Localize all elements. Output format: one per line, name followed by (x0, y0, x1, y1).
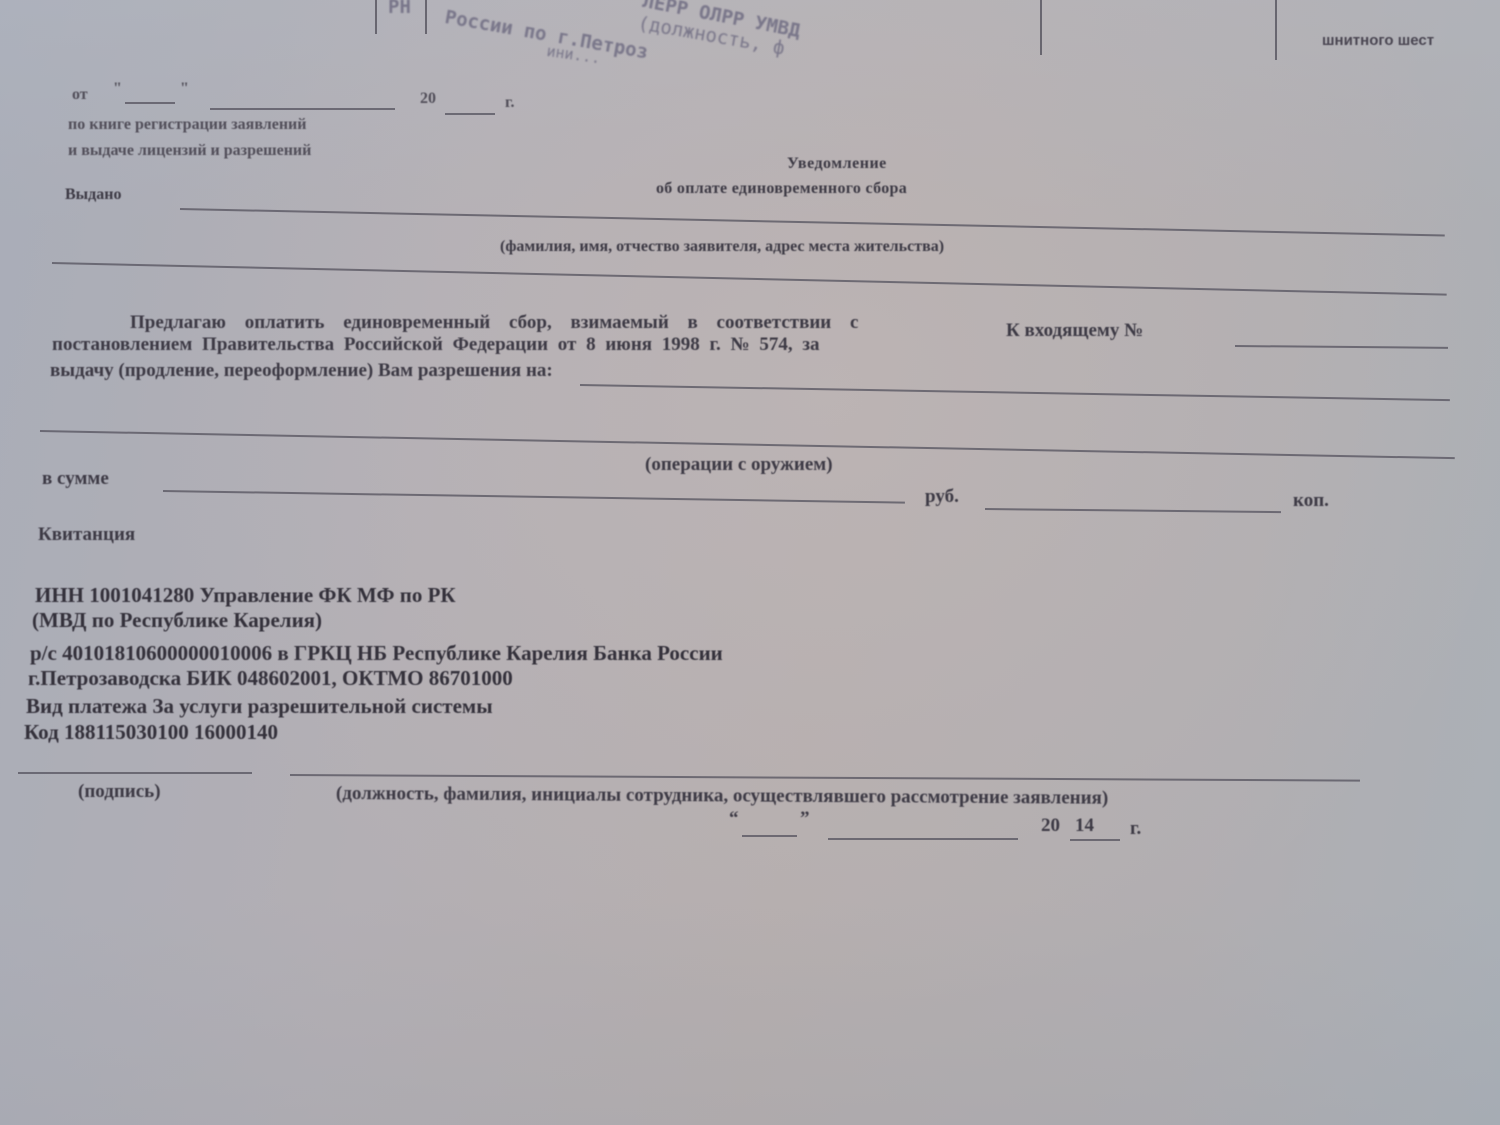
amount-rub-field[interactable] (163, 490, 905, 504)
incoming-label: К входящему № (1006, 320, 1143, 342)
reg-year-field[interactable] (445, 113, 495, 115)
sign-month-field[interactable] (828, 838, 1018, 840)
notice-title: Уведомление (787, 155, 887, 173)
reg-book-line-2: и выдаче лицензий и разрешений (68, 142, 311, 160)
notice-subtitle: об оплате единовременного сбора (656, 180, 907, 198)
receipt-line-recipient: (МВД по Республике Карелия) (32, 608, 322, 633)
sign-year-suffix: г. (1130, 818, 1141, 840)
form-border-2 (1275, 0, 1277, 60)
body-line-3: выдачу (продление, переоформление) Вам р… (50, 360, 553, 382)
receipt-line-account: р/с 40101810600000010006 в ГРКЦ НБ Респу… (30, 641, 723, 666)
date-prefix: от (72, 86, 88, 104)
amount-kop-field[interactable] (985, 508, 1281, 513)
stamp-fragment-left: РН (388, 0, 411, 18)
date-quote-open: " (113, 80, 122, 98)
body-line-2: постановлением Правительства Российской … (52, 334, 820, 356)
stamp-border-inner (425, 0, 427, 34)
body-line-1: Предлагаю оплатить единовременный сбор, … (130, 312, 858, 334)
reg-book-line-1: по книге регистрации заявлений (68, 116, 306, 134)
kop-label: коп. (1293, 490, 1329, 512)
receipt-line-code: Код 188115030100 16000140 (24, 720, 278, 745)
receipt-heading: Квитанция (38, 524, 135, 546)
incoming-number-field[interactable] (1235, 345, 1448, 349)
receipt-line-payment-type: Вид платежа За услуги разрешительной сис… (26, 694, 493, 719)
sign-year-value[interactable]: 14 (1075, 815, 1094, 837)
signature-field[interactable] (18, 772, 252, 774)
form-fragment-right: шнитного шест (1322, 32, 1434, 49)
amount-label: в сумме (42, 468, 109, 490)
issued-label: Выдано (65, 186, 121, 204)
date-quote-close: " (180, 80, 189, 98)
document-page: РН России по г.Петроз ЛЕРР ОЛРР УМВД (до… (0, 0, 1500, 1125)
sign-date-quote-close: ” (800, 808, 810, 830)
issued-caption: (фамилия, имя, отчество заявителя, адрес… (500, 238, 944, 256)
signature-caption: (подпись) (78, 781, 161, 803)
issued-field-line-2[interactable] (52, 262, 1447, 296)
sign-year-underline (1070, 839, 1120, 841)
sign-year-prefix: 20 (1041, 815, 1060, 837)
permit-field[interactable] (580, 384, 1450, 401)
form-border-1 (1040, 0, 1042, 55)
reg-day-field[interactable] (125, 102, 175, 104)
receipt-line-inn: ИНН 1001041280 Управление ФК МФ по РК (35, 583, 456, 608)
reg-year-prefix: 20 (420, 90, 436, 108)
permit-caption: (операции с оружием) (645, 454, 833, 476)
sign-day-field[interactable] (742, 835, 797, 837)
issued-field[interactable] (180, 208, 1445, 236)
receipt-line-bik: г.Петрозаводска БИК 048602001, ОКТМО 867… (28, 666, 513, 691)
officer-caption: (должность, фамилия, инициалы сотрудника… (336, 783, 1108, 810)
officer-field[interactable] (290, 774, 1360, 782)
reg-year-suffix: г. (505, 94, 514, 112)
sign-date-quote-open: “ (729, 808, 739, 830)
stamp-border-left (375, 0, 377, 34)
rub-label: руб. (925, 486, 959, 508)
reg-month-field[interactable] (210, 108, 395, 110)
